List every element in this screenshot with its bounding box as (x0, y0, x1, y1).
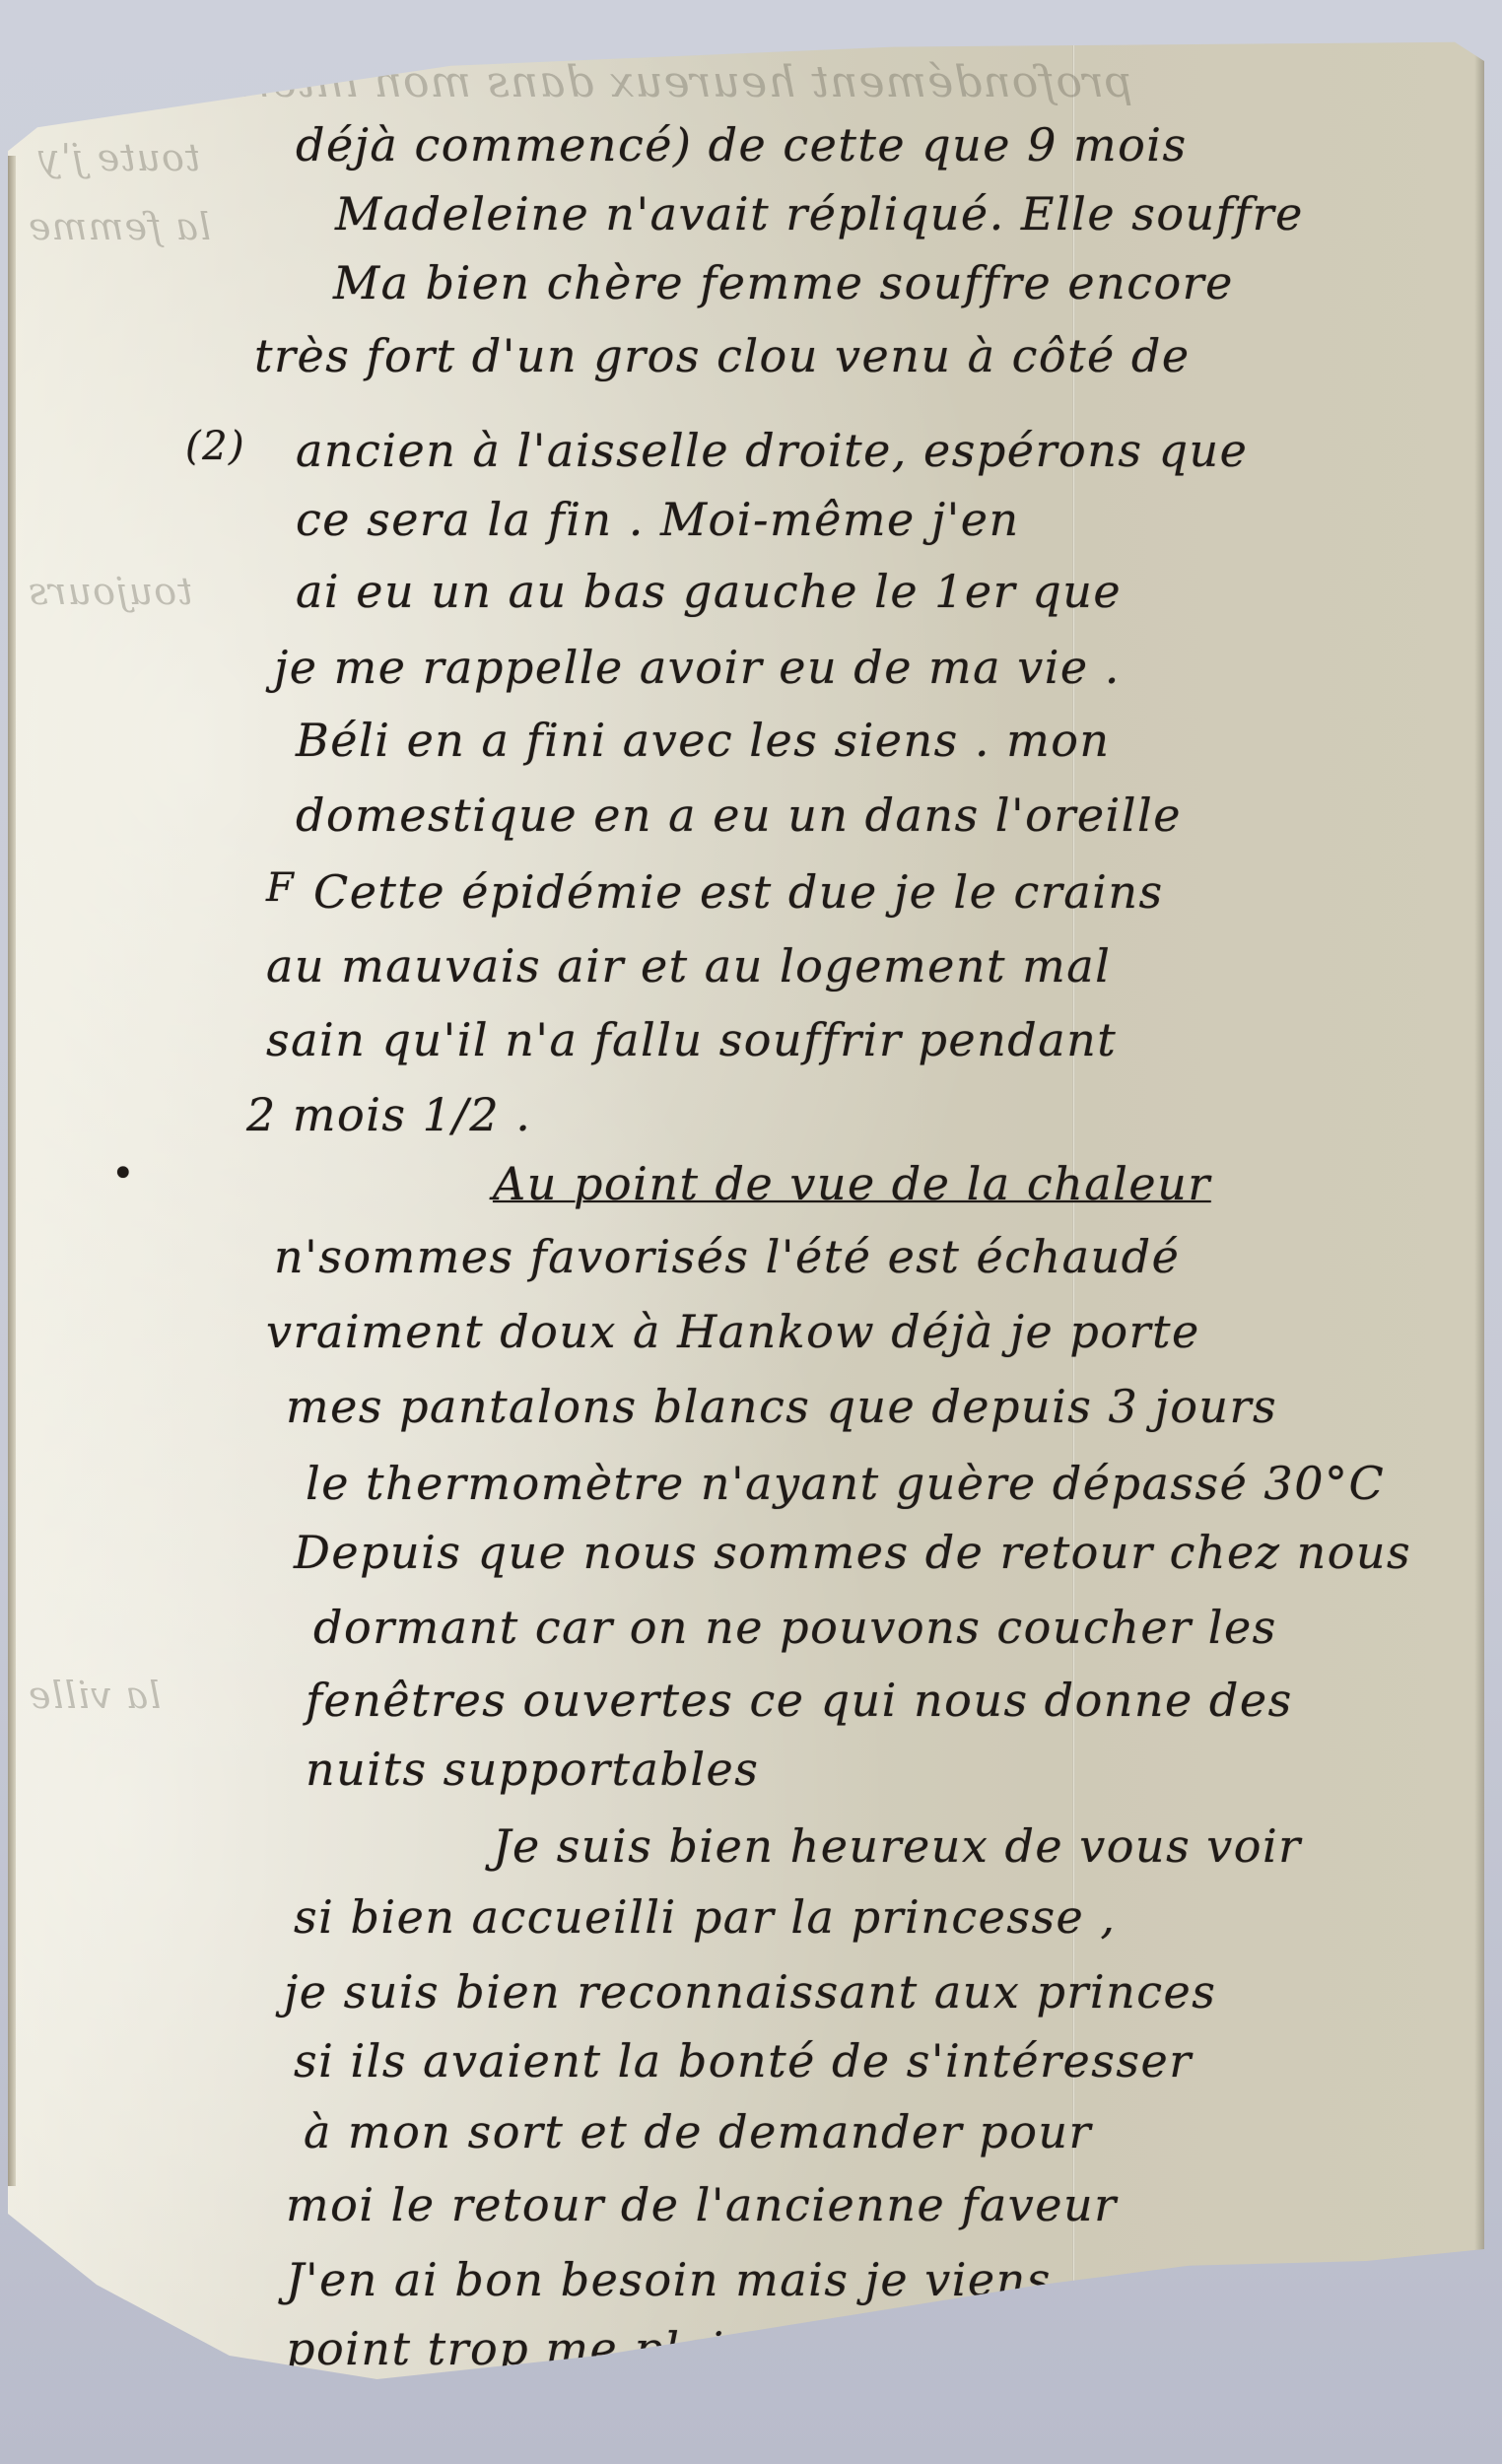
letter-line-13: sain qu'il n'a fallu souffrir pendant (266, 1013, 1117, 1066)
letter-line-1: déjà commencé) de cette que 9 mois (296, 118, 1188, 171)
letter-line-17: vraiment doux à Hankow déjà je porte (266, 1305, 1200, 1358)
letter-line-4: très fort d'un gros clou venu à côté de (254, 329, 1191, 382)
letter-line-14: 2 mois 1/2 . (246, 1088, 531, 1141)
letter-line-6: ce sera la fin . Moi-même j'en (296, 493, 1020, 546)
letter-line-7: ai eu un au bas gauche le 1er que (296, 565, 1122, 618)
letter-line-25: si bien accueilli par la princesse , (294, 1890, 1117, 1944)
letter-line-11: Cette épidémie est due je le crains (313, 865, 1164, 919)
bleed-through-text: la ville (28, 1674, 161, 1717)
bleed-through-text: toujours (28, 570, 192, 613)
letter-line-12: au mauvais air et au logement mal (266, 939, 1111, 992)
letter-line-24: Je suis bien heureux de vous voir (493, 1819, 1302, 1873)
letter-line-10: domestique en a eu un dans l'oreille (296, 788, 1182, 842)
margin-note: F (266, 865, 295, 911)
margin-note: • (111, 1151, 136, 1197)
letter-line-27: si ils avaient la bonté de s'intéresser (294, 2034, 1193, 2088)
letter-line-29: moi le retour de l'ancienne faveur (286, 2178, 1118, 2231)
letter-line-20: Depuis que nous sommes de retour chez no… (294, 1526, 1411, 1579)
paper-edge (8, 156, 16, 2186)
letter-line-9: Béli en a fini avec les siens . mon (296, 714, 1111, 767)
letter-line-3: Ma bien chère femme souffre encore (333, 256, 1234, 309)
bleed-through-text: la femme (28, 205, 211, 248)
letter-line-28: à mon sort et de demander pour (304, 2105, 1092, 2158)
letter-line-23: nuits supportables (306, 1743, 759, 1796)
letter-line-2: Madeleine n'avait répliqué. Elle souffre (335, 187, 1304, 240)
letter-page: profondément heureux dans mon intérieur … (8, 37, 1484, 2403)
letter-line-5: ancien à l'aisselle droite, espérons que (296, 424, 1248, 477)
letter-line-30: J'en ai bon besoin mais je viens (286, 2253, 1052, 2306)
letter-line-19: le thermomètre n'ayant guère dépassé 30°… (306, 1457, 1385, 1510)
letter-line-8: je me rappelle avoir eu de ma vie . (274, 641, 1121, 694)
bleed-through-text: profondément heureux dans mon intérieur (156, 57, 1132, 107)
letter-line-21: dormant car on ne pouvons coucher les (313, 1601, 1277, 1654)
letter-line-15: Au point de vue de la chaleur (493, 1157, 1211, 1210)
letter-line-22: fenêtres ouvertes ce qui nous donne des (306, 1674, 1293, 1727)
letter-line-26: je suis bien reconnaissant aux princes (284, 1965, 1216, 2019)
photo-background: profondément heureux dans mon intérieur … (0, 0, 1502, 2464)
letter-line-31: point trop me plaindre étant à (286, 2322, 1025, 2375)
letter-line-16: n'sommes favorisés l'été est échaudé (274, 1230, 1180, 1283)
paper-edge-shadow (1474, 37, 1484, 2403)
bleed-through-text: toute j'y (37, 136, 200, 179)
letter-line-18: mes pantalons blancs que depuis 3 jours (286, 1380, 1277, 1433)
margin-note: (2) (185, 424, 245, 469)
